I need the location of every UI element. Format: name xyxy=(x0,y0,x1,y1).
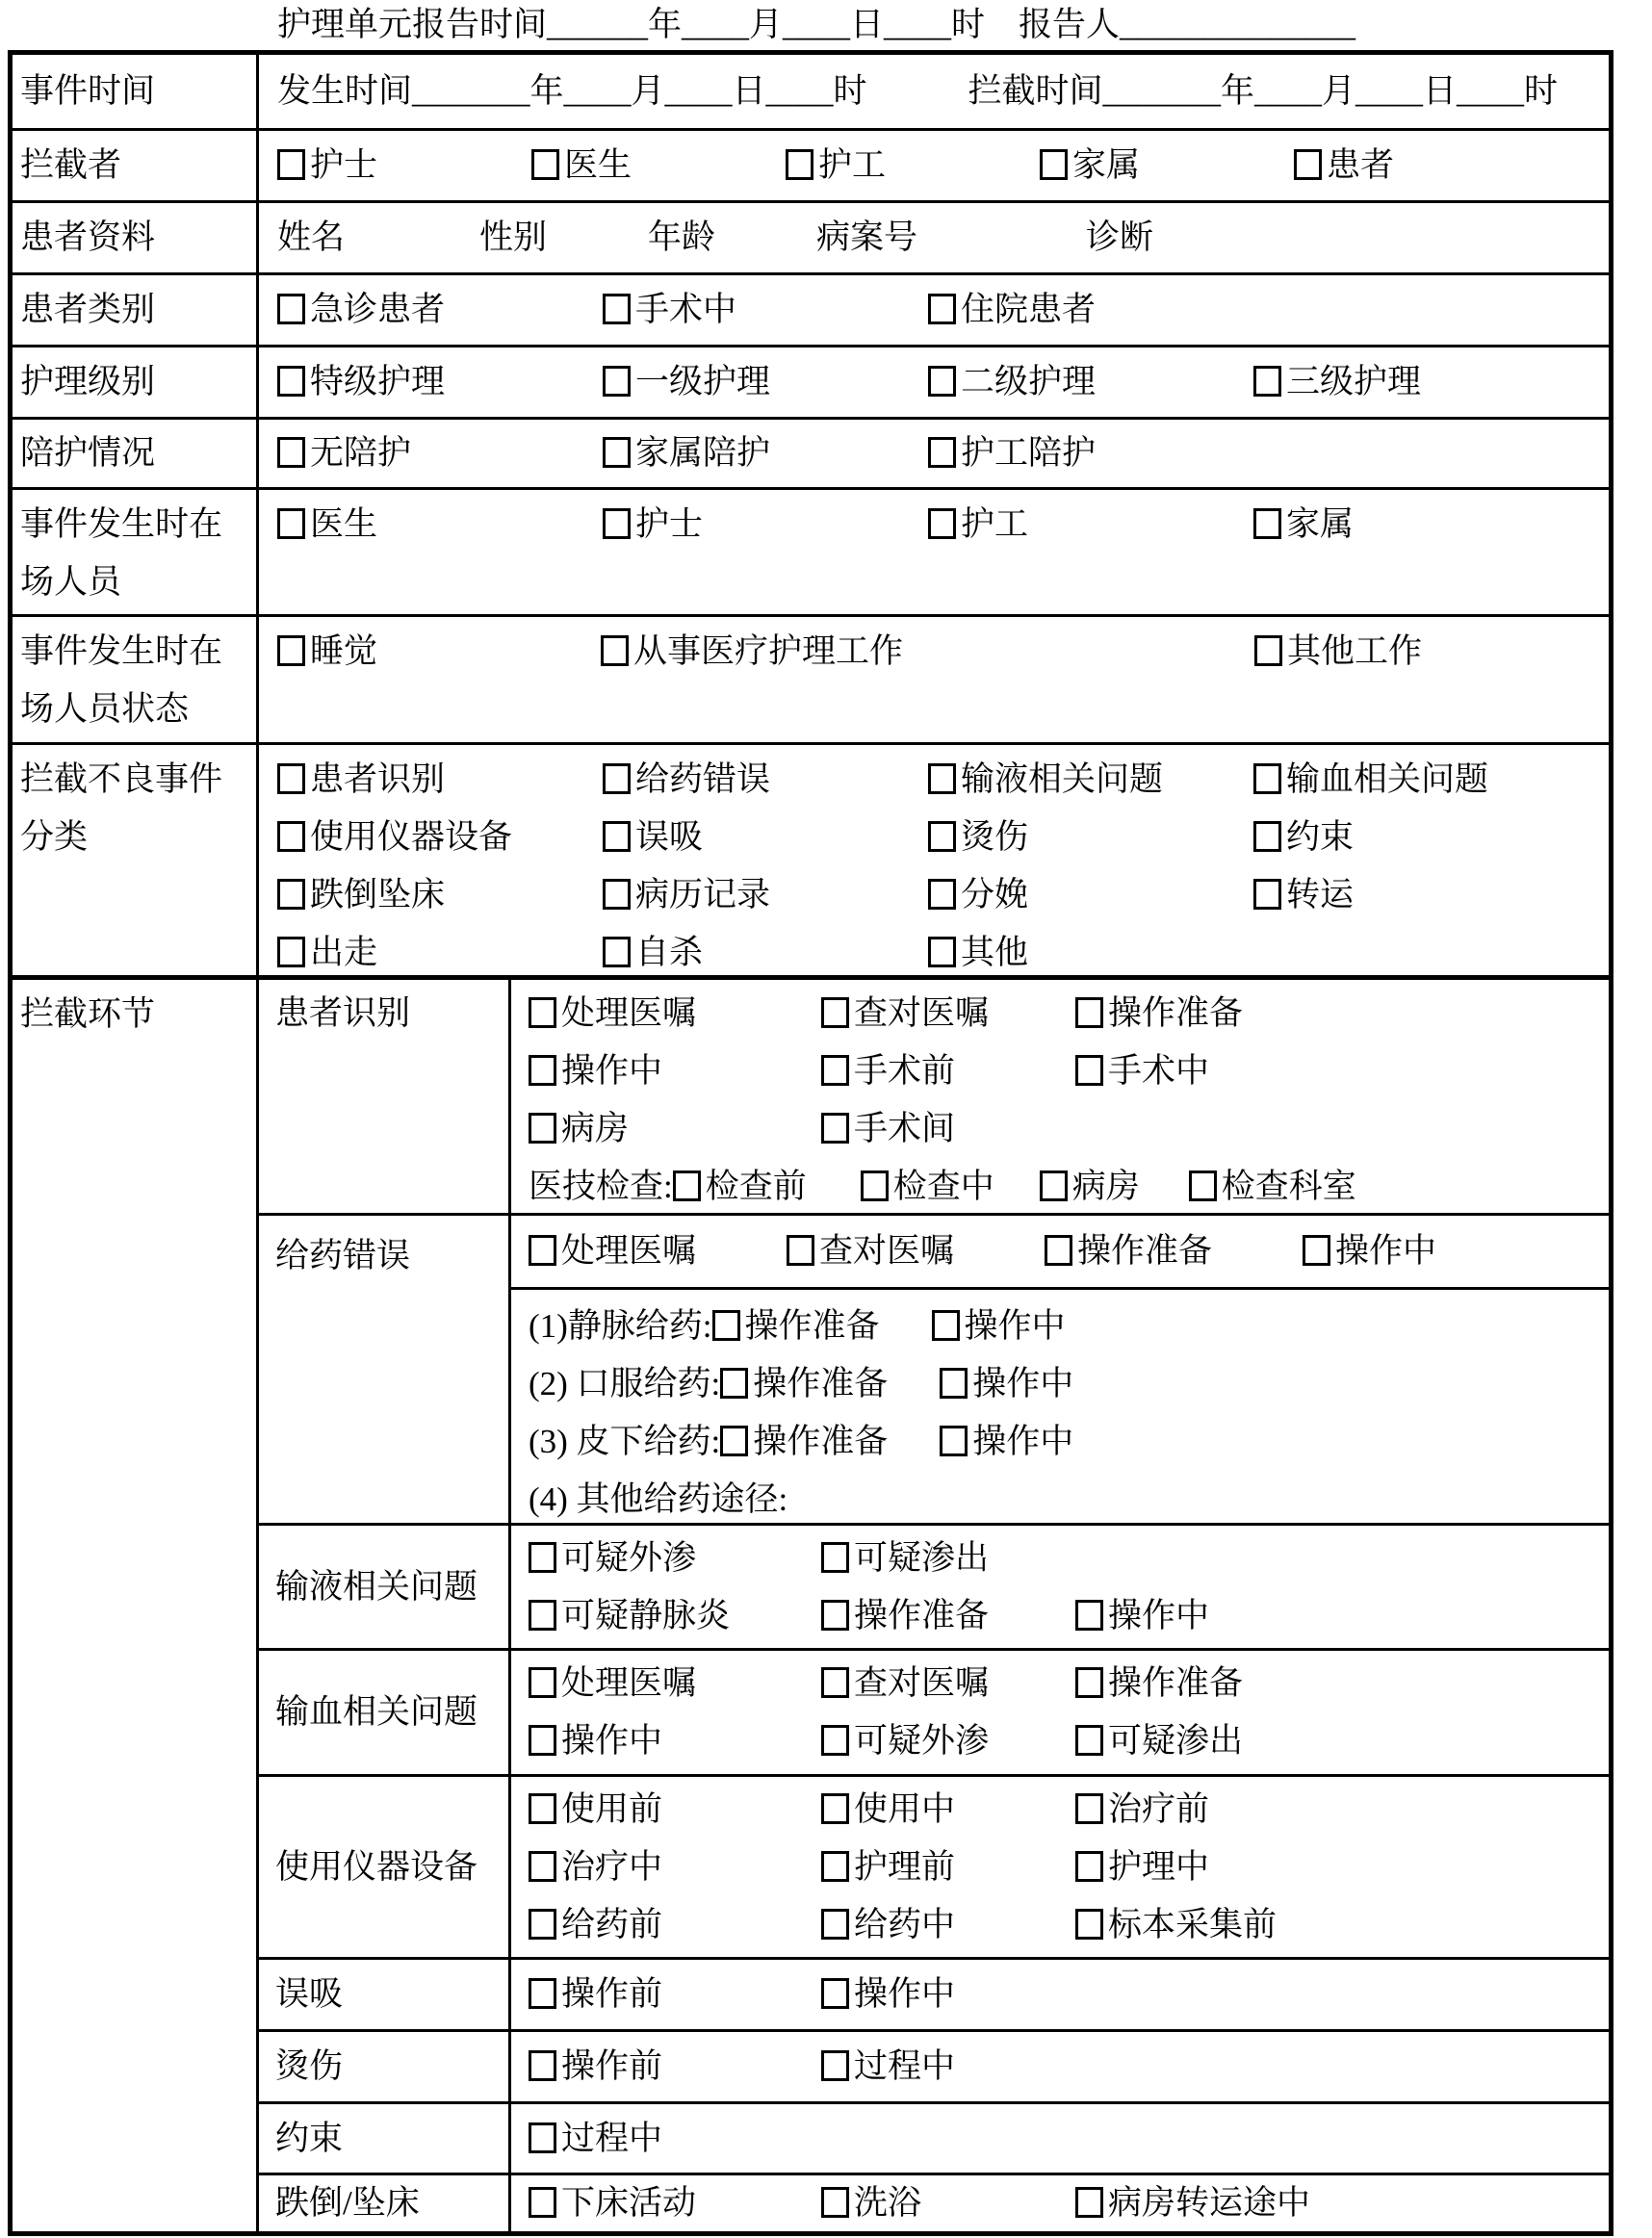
checkbox-icon[interactable] xyxy=(277,879,305,910)
stage-label-scald: 烫伤 xyxy=(259,2032,511,2101)
interceptor-options: 护士医生护工家属患者 xyxy=(277,137,1609,194)
checkbox-label: 操作准备 xyxy=(1077,1232,1212,1270)
checkbox-option[interactable]: 过程中 xyxy=(821,2038,955,2096)
checkbox-icon[interactable] xyxy=(821,1055,849,1086)
checkbox-label: 给药中 xyxy=(854,1906,955,1943)
checkbox-option[interactable]: 可疑渗出 xyxy=(821,1530,989,1587)
checkbox-icon[interactable] xyxy=(1075,1851,1103,1882)
checkbox-icon[interactable] xyxy=(529,1978,556,2009)
checkbox-label: 其他工作 xyxy=(1287,632,1422,670)
patient-type-options: 急诊患者手术中住院患者 xyxy=(277,281,1609,339)
checkbox-icon[interactable] xyxy=(529,2187,556,2218)
infusion-line-2: 可疑静脉炎操作准备操作中 xyxy=(529,1587,1609,1645)
present-people-options: 医生护士护工家属 xyxy=(277,496,1609,553)
form-title: 护理单元报告时间______年____月____日____时 报告人______… xyxy=(277,2,1355,48)
checkbox-label: 急诊患者 xyxy=(310,291,445,328)
checkbox-label: 操作中 xyxy=(1108,1597,1209,1634)
checkbox-icon[interactable] xyxy=(1075,1055,1103,1086)
checkbox-option[interactable]: 操作准备 xyxy=(1075,1655,1243,1712)
checkbox-option[interactable]: 查对医嘱 xyxy=(787,1222,1045,1280)
checkbox-icon[interactable] xyxy=(1075,2187,1103,2218)
row-content-event-category: 患者识别给药错误输液相关问题输血相关问题 使用仪器设备误吸烫伤约束 跌倒坠床病历… xyxy=(259,745,1609,975)
checkbox-icon[interactable] xyxy=(1253,879,1281,910)
checkbox-option[interactable]: 病房 xyxy=(1040,1158,1189,1216)
row-label-people-status: 事件发生时在场人员状态 xyxy=(13,617,259,742)
event-category-line-2: 使用仪器设备误吸烫伤约束 xyxy=(277,809,1609,866)
checkbox-option[interactable]: 可疑外渗 xyxy=(821,1712,1075,1770)
checkbox-icon[interactable] xyxy=(1294,149,1322,180)
checkbox-label: 病房 xyxy=(561,1110,629,1147)
checkbox-label: 无陪护 xyxy=(310,434,411,472)
checkbox-option[interactable]: 给药中 xyxy=(821,1896,1075,1954)
checkbox-option[interactable]: 处理医嘱 xyxy=(529,1222,787,1280)
checkbox-option[interactable]: 操作中 xyxy=(1075,1587,1209,1645)
checkbox-icon[interactable] xyxy=(1045,1235,1072,1266)
checkbox-option[interactable]: 治疗前 xyxy=(1075,1781,1209,1839)
checkbox-icon[interactable] xyxy=(712,1310,740,1341)
checkbox-label: 操作准备 xyxy=(745,1307,880,1345)
checkbox-label: 自杀 xyxy=(635,934,703,971)
equipment-line-2: 治疗中护理前护理中 xyxy=(529,1839,1609,1896)
checkbox-label: 一级护理 xyxy=(635,363,770,400)
checkbox-icon[interactable] xyxy=(603,879,631,910)
checkbox-option[interactable]: 从事医疗护理工作 xyxy=(601,623,1254,681)
checkbox-label: 从事医疗护理工作 xyxy=(633,632,903,670)
checkbox-label: 医生 xyxy=(564,146,632,184)
checkbox-label: 操作准备 xyxy=(854,1597,989,1634)
checkbox-icon[interactable] xyxy=(821,1793,849,1824)
checkbox-label: 查对医嘱 xyxy=(854,1664,989,1702)
checkbox-icon[interactable] xyxy=(928,366,956,397)
checkbox-icon[interactable] xyxy=(277,149,305,180)
checkbox-option[interactable]: 自杀 xyxy=(603,924,928,982)
stage-equipment: 使用仪器设备 使用前使用中治疗前 治疗中护理前护理中 给药前给药中标本采集前 xyxy=(259,1774,1609,1957)
checkbox-label: 护理前 xyxy=(854,1848,955,1886)
checkbox-label: 操作中 xyxy=(1335,1232,1436,1270)
checkbox-option[interactable]: 无陪护 xyxy=(277,424,603,482)
checkbox-icon[interactable] xyxy=(821,1667,849,1698)
checkbox-icon[interactable] xyxy=(720,1368,748,1399)
checkbox-icon[interactable] xyxy=(277,763,305,794)
checkbox-icon[interactable] xyxy=(928,508,956,539)
medication-route-2: (2) 口服给药:操作准备操作中 xyxy=(529,1355,1609,1413)
checkbox-option[interactable]: 操作准备 xyxy=(1075,985,1243,1042)
checkbox-icon[interactable] xyxy=(786,149,813,180)
checkbox-icon[interactable] xyxy=(529,1851,556,1882)
checkbox-icon[interactable] xyxy=(601,635,629,666)
checkbox-icon[interactable] xyxy=(529,1667,556,1698)
checkbox-icon[interactable] xyxy=(928,763,956,794)
checkbox-option[interactable]: 可疑外渗 xyxy=(529,1530,821,1587)
checkbox-icon[interactable] xyxy=(821,2187,849,2218)
checkbox-label: 其他 xyxy=(961,934,1028,971)
checkbox-icon[interactable] xyxy=(277,821,305,852)
checkbox-label: 跌倒坠床 xyxy=(310,876,445,913)
medication-error-content: 处理医嘱查对医嘱操作准备操作中 (1)静脉给药:操作准备操作中 (2) 口服给药… xyxy=(511,1216,1609,1523)
checkbox-option[interactable]: 患者识别 xyxy=(277,751,603,809)
checkbox-option[interactable]: 其他 xyxy=(928,924,1028,982)
checkbox-option[interactable]: 家属陪护 xyxy=(603,424,928,482)
checkbox-label: 二级护理 xyxy=(961,363,1096,400)
checkbox-option[interactable]: 护工 xyxy=(928,496,1253,553)
stage-label-medication-error: 给药错误 xyxy=(259,1216,511,1523)
route-1-options: 操作准备操作中 xyxy=(712,1307,1066,1345)
checkbox-option[interactable]: 洗浴 xyxy=(821,2174,1075,2232)
checkbox-icon[interactable] xyxy=(861,1170,889,1201)
checkbox-label: 使用仪器设备 xyxy=(310,818,512,856)
medication-error-main-line: 处理医嘱查对医嘱操作准备操作中 xyxy=(511,1216,1609,1290)
checkbox-option[interactable]: 患者 xyxy=(1294,137,1394,194)
checkbox-label: 操作准备 xyxy=(753,1423,888,1460)
checkbox-option[interactable]: 可疑渗出 xyxy=(1075,1712,1243,1770)
checkbox-option[interactable]: 输液相关问题 xyxy=(928,751,1253,809)
checkbox-label: 手术间 xyxy=(854,1110,955,1147)
stage-patient-id: 患者识别 处理医嘱查对医嘱操作准备 操作中手术前手术中 病房手术间 医技检查:检… xyxy=(259,980,1609,1213)
checkbox-icon[interactable] xyxy=(928,294,956,324)
checkbox-option[interactable]: 病房转运途中 xyxy=(1075,2174,1310,2232)
route-4-prefix[interactable]: (4) 其他给药途径: xyxy=(529,1480,787,1518)
checkbox-option[interactable]: 病历记录 xyxy=(603,866,928,924)
checkbox-option[interactable]: 跌倒坠床 xyxy=(277,866,603,924)
checkbox-option[interactable]: 过程中 xyxy=(529,2110,662,2168)
checkbox-icon[interactable] xyxy=(821,1113,849,1144)
checkbox-label: 特级护理 xyxy=(310,363,445,400)
stage-content-infusion: 可疑外渗可疑渗出 可疑静脉炎操作准备操作中 xyxy=(511,1526,1609,1648)
checkbox-icon[interactable] xyxy=(531,149,559,180)
checkbox-label: 给药错误 xyxy=(635,760,770,798)
checkbox-icon[interactable] xyxy=(1253,763,1281,794)
stage-transfusion: 输血相关问题 处理医嘱查对医嘱操作准备 操作中可疑外渗可疑渗出 xyxy=(259,1648,1609,1774)
checkbox-label: 使用前 xyxy=(561,1790,662,1828)
checkbox-label: 输液相关问题 xyxy=(961,760,1163,798)
checkbox-label: 三级护理 xyxy=(1286,363,1421,400)
checkbox-icon[interactable] xyxy=(1075,1600,1103,1631)
checkbox-label: 检查科室 xyxy=(1222,1168,1356,1205)
checkbox-icon[interactable] xyxy=(603,366,631,397)
checkbox-option[interactable]: 标本采集前 xyxy=(1075,1896,1277,1954)
checkbox-icon[interactable] xyxy=(821,997,849,1028)
transfusion-line-1: 处理医嘱查对医嘱操作准备 xyxy=(529,1655,1609,1712)
checkbox-option[interactable]: 使用前 xyxy=(529,1781,821,1839)
checkbox-label: 可疑外渗 xyxy=(854,1722,989,1760)
checkbox-icon[interactable] xyxy=(603,763,631,794)
checkbox-icon[interactable] xyxy=(1075,1725,1103,1756)
medication-route-3: (3) 皮下给药:操作准备操作中 xyxy=(529,1413,1609,1471)
checkbox-label: 可疑外渗 xyxy=(561,1539,696,1577)
checkbox-icon[interactable] xyxy=(1075,1667,1103,1698)
checkbox-option[interactable]: 睡觉 xyxy=(277,623,601,681)
patient-info-fields[interactable]: 姓名 性别 年龄 病案号 诊断 xyxy=(277,209,1609,267)
scald-options: 操作前过程中 xyxy=(529,2038,1609,2096)
patient-id-line-3: 病房手术间 xyxy=(529,1100,1609,1158)
checkbox-option[interactable]: 特级护理 xyxy=(277,353,603,411)
checkbox-icon[interactable] xyxy=(932,1310,960,1341)
checkbox-icon[interactable] xyxy=(1075,1909,1103,1940)
medtech-check-options: 检查前检查中病房检查科室 xyxy=(673,1168,1356,1205)
checkbox-label: 处理医嘱 xyxy=(561,1664,696,1702)
stage-label-infusion: 输液相关问题 xyxy=(259,1526,511,1648)
stage-restraint: 约束 过程中 xyxy=(259,2101,1609,2173)
checkbox-option[interactable]: 检查前 xyxy=(673,1158,861,1216)
stage-content-patient-id: 处理医嘱查对医嘱操作准备 操作中手术前手术中 病房手术间 医技检查:检查前检查中… xyxy=(511,980,1609,1213)
row-event-category: 拦截不良事件分类 患者识别给药错误输液相关问题输血相关问题 使用仪器设备误吸烫伤… xyxy=(13,742,1609,975)
stage-label-transfusion: 输血相关问题 xyxy=(259,1651,511,1774)
row-present-people: 事件发生时在场人员 医生护士护工家属 xyxy=(13,487,1609,614)
checkbox-option[interactable]: 医生 xyxy=(277,496,603,553)
checkbox-icon[interactable] xyxy=(928,821,956,852)
route-3-options: 操作准备操作中 xyxy=(720,1423,1073,1460)
checkbox-icon[interactable] xyxy=(1040,1170,1068,1201)
checkbox-icon[interactable] xyxy=(277,294,305,324)
checkbox-option[interactable]: 使用仪器设备 xyxy=(277,809,603,866)
checkbox-option[interactable]: 护理中 xyxy=(1075,1839,1209,1896)
checkbox-icon[interactable] xyxy=(529,1725,556,1756)
checkbox-icon[interactable] xyxy=(1189,1170,1217,1201)
checkbox-icon[interactable] xyxy=(529,1113,556,1144)
checkbox-label: 病房转运途中 xyxy=(1108,2184,1310,2222)
row-content-patient-info: 姓名 性别 年龄 病案号 诊断 xyxy=(259,203,1609,272)
checkbox-option[interactable]: 使用中 xyxy=(821,1781,1075,1839)
checkbox-option[interactable]: 手术间 xyxy=(821,1100,955,1158)
checkbox-option[interactable]: 操作准备 xyxy=(712,1298,932,1355)
checkbox-option[interactable]: 操作中 xyxy=(1303,1222,1436,1280)
medication-error-options: 处理医嘱查对医嘱操作准备操作中 xyxy=(529,1222,1609,1280)
checkbox-option[interactable]: 操作中 xyxy=(529,1042,821,1100)
checkbox-label: 查对医嘱 xyxy=(819,1232,954,1270)
checkbox-icon[interactable] xyxy=(1253,366,1281,397)
stage-label-equipment: 使用仪器设备 xyxy=(259,1777,511,1957)
checkbox-label: 洗浴 xyxy=(854,2184,921,2222)
checkbox-option[interactable]: 操作中 xyxy=(932,1298,1066,1355)
checkbox-icon[interactable] xyxy=(1253,508,1281,539)
checkbox-option[interactable]: 操作中 xyxy=(529,1712,821,1770)
checkbox-option[interactable]: 处理医嘱 xyxy=(529,1655,821,1712)
row-label-patient-type: 患者类别 xyxy=(13,275,259,345)
checkbox-icon[interactable] xyxy=(821,1909,849,1940)
checkbox-icon[interactable] xyxy=(940,1368,968,1399)
checkbox-option[interactable]: 烫伤 xyxy=(928,809,1253,866)
checkbox-option[interactable]: 病房 xyxy=(529,1100,821,1158)
checkbox-icon[interactable] xyxy=(529,2050,556,2081)
checkbox-option[interactable]: 一级护理 xyxy=(603,353,928,411)
checkbox-icon[interactable] xyxy=(821,1542,849,1573)
checkbox-icon[interactable] xyxy=(529,1235,556,1266)
event-category-line-3: 跌倒坠床病历记录分娩转运 xyxy=(277,866,1609,924)
checkbox-option[interactable]: 护士 xyxy=(277,137,531,194)
checkbox-option[interactable]: 操作前 xyxy=(529,2038,821,2096)
checkbox-label: 操作准备 xyxy=(1108,994,1243,1032)
checkbox-icon[interactable] xyxy=(529,1600,556,1631)
checkbox-icon[interactable] xyxy=(529,997,556,1028)
stage-label-fall: 跌倒/坠床 xyxy=(259,2175,511,2231)
checkbox-option[interactable]: 医生 xyxy=(531,137,786,194)
route-3-prefix: (3) 皮下给药: xyxy=(529,1423,720,1460)
checkbox-icon[interactable] xyxy=(1075,997,1103,1028)
checkbox-label: 给药前 xyxy=(561,1906,662,1943)
checkbox-label: 分娩 xyxy=(961,876,1028,913)
stage-infusion: 输液相关问题 可疑外渗可疑渗出 可疑静脉炎操作准备操作中 xyxy=(259,1523,1609,1648)
checkbox-icon[interactable] xyxy=(1254,635,1282,666)
checkbox-option[interactable]: 操作中 xyxy=(940,1355,1073,1413)
checkbox-option[interactable]: 操作准备 xyxy=(720,1355,940,1413)
stage-content-restraint: 过程中 xyxy=(511,2104,1609,2173)
stage-label-patient-id: 患者识别 xyxy=(259,980,511,1213)
checkbox-option[interactable]: 查对医嘱 xyxy=(821,985,1075,1042)
checkbox-label: 可疑渗出 xyxy=(854,1539,989,1577)
checkbox-label: 家属 xyxy=(1072,146,1140,184)
checkbox-icon[interactable] xyxy=(603,508,631,539)
checkbox-label: 检查中 xyxy=(893,1168,994,1205)
stage-medication-error: 给药错误 处理医嘱查对医嘱操作准备操作中 (1)静脉给药:操作准备操作中 (2)… xyxy=(259,1213,1609,1523)
stage-scald: 烫伤 操作前过程中 xyxy=(259,2029,1609,2101)
checkbox-option[interactable]: 误吸 xyxy=(603,809,928,866)
checkbox-option[interactable]: 下床活动 xyxy=(529,2174,821,2232)
checkbox-option[interactable]: 分娩 xyxy=(928,866,1253,924)
checkbox-icon[interactable] xyxy=(529,1055,556,1086)
stage-content-fall: 下床活动洗浴病房转运途中 xyxy=(511,2175,1609,2231)
fall-options: 下床活动洗浴病房转运途中 xyxy=(529,2174,1609,2232)
checkbox-option[interactable]: 护理前 xyxy=(821,1839,1075,1896)
checkbox-icon[interactable] xyxy=(821,1725,849,1756)
row-label-intercept-stage: 拦截环节 xyxy=(13,980,259,2231)
checkbox-icon[interactable] xyxy=(529,1542,556,1573)
checkbox-option[interactable]: 可疑静脉炎 xyxy=(529,1587,821,1645)
checkbox-icon[interactable] xyxy=(277,508,305,539)
route-2-options: 操作准备操作中 xyxy=(720,1365,1073,1402)
checkbox-icon[interactable] xyxy=(821,1851,849,1882)
checkbox-icon[interactable] xyxy=(603,821,631,852)
checkbox-icon[interactable] xyxy=(940,1426,968,1456)
checkbox-option[interactable]: 操作准备 xyxy=(821,1587,1075,1645)
checkbox-option[interactable]: 手术中 xyxy=(1075,1042,1209,1100)
checkbox-option[interactable]: 二级护理 xyxy=(928,353,1253,411)
checkbox-label: 操作中 xyxy=(561,1052,662,1090)
checkbox-icon[interactable] xyxy=(821,1600,849,1631)
checkbox-label: 过程中 xyxy=(561,2120,662,2157)
checkbox-icon[interactable] xyxy=(928,437,956,468)
checkbox-icon[interactable] xyxy=(529,1793,556,1824)
row-patient-info: 患者资料 姓名 性别 年龄 病案号 诊断 xyxy=(13,200,1609,272)
checkbox-option[interactable]: 检查中 xyxy=(861,1158,1040,1216)
checkbox-icon[interactable] xyxy=(1253,821,1281,852)
checkbox-label: 操作中 xyxy=(972,1365,1073,1402)
checkbox-option[interactable]: 处理医嘱 xyxy=(529,985,821,1042)
checkbox-option[interactable]: 家属 xyxy=(1253,496,1354,553)
checkbox-icon[interactable] xyxy=(673,1170,701,1201)
row-label-accompany: 陪护情况 xyxy=(13,420,259,487)
stage-label-restraint: 约束 xyxy=(259,2104,511,2173)
checkbox-option[interactable]: 护工陪护 xyxy=(928,424,1096,482)
checkbox-option[interactable]: 出走 xyxy=(277,924,603,982)
checkbox-option[interactable]: 手术前 xyxy=(821,1042,1075,1100)
checkbox-option[interactable]: 给药前 xyxy=(529,1896,821,1954)
checkbox-option[interactable]: 给药错误 xyxy=(603,751,928,809)
checkbox-icon[interactable] xyxy=(529,2122,556,2153)
checkbox-option[interactable]: 操作准备 xyxy=(1045,1222,1303,1280)
checkbox-icon[interactable] xyxy=(928,879,956,910)
checkbox-icon[interactable] xyxy=(821,2050,849,2081)
row-label-patient-info: 患者资料 xyxy=(13,203,259,272)
checkbox-icon[interactable] xyxy=(1075,1793,1103,1824)
checkbox-label: 手术中 xyxy=(1108,1052,1209,1090)
checkbox-icon[interactable] xyxy=(720,1426,748,1456)
medication-route-4: (4) 其他给药途径: xyxy=(529,1471,1609,1529)
nursing-level-options: 特级护理一级护理二级护理三级护理 xyxy=(277,353,1609,411)
checkbox-option[interactable]: 转运 xyxy=(1253,866,1354,924)
event-category-line-4: 出走自杀其他 xyxy=(277,924,1609,982)
checkbox-label: 住院患者 xyxy=(961,291,1096,328)
checkbox-option[interactable]: 约束 xyxy=(1253,809,1354,866)
checkbox-option[interactable]: 操作准备 xyxy=(720,1413,940,1471)
checkbox-icon[interactable] xyxy=(277,635,305,666)
intercept-stage-body: 患者识别 处理医嘱查对医嘱操作准备 操作中手术前手术中 病房手术间 医技检查:检… xyxy=(259,980,1609,2231)
event-time-blanks[interactable]: 发生时间_______年____月____日____时 拦截时间_______年… xyxy=(277,63,1609,120)
equipment-line-1: 使用前使用中治疗前 xyxy=(529,1781,1609,1839)
restraint-options: 过程中 xyxy=(529,2110,1609,2168)
checkbox-option[interactable]: 检查科室 xyxy=(1189,1158,1356,1216)
row-event-time: 事件时间 发生时间_______年____月____日____时 拦截时间___… xyxy=(13,55,1609,128)
checkbox-option[interactable]: 护工 xyxy=(786,137,1040,194)
row-patient-type: 患者类别 急诊患者手术中住院患者 xyxy=(13,272,1609,345)
checkbox-icon[interactable] xyxy=(1040,149,1068,180)
checkbox-icon[interactable] xyxy=(603,937,631,967)
patient-id-line-4: 医技检查:检查前检查中病房检查科室 xyxy=(529,1158,1609,1216)
checkbox-icon[interactable] xyxy=(277,937,305,967)
checkbox-label: 手术中 xyxy=(635,291,736,328)
checkbox-icon[interactable] xyxy=(277,437,305,468)
checkbox-icon[interactable] xyxy=(529,1909,556,1940)
checkbox-icon[interactable] xyxy=(1303,1235,1330,1266)
checkbox-icon[interactable] xyxy=(277,366,305,397)
checkbox-label: 出走 xyxy=(310,934,377,971)
checkbox-label: 治疗中 xyxy=(561,1848,662,1886)
checkbox-label: 护工 xyxy=(961,505,1028,543)
stage-aspiration: 误吸 操作前操作中 xyxy=(259,1957,1609,2029)
checkbox-label: 处理医嘱 xyxy=(561,994,696,1032)
checkbox-icon[interactable] xyxy=(821,1978,849,2009)
checkbox-label: 患者 xyxy=(1327,146,1394,184)
aspiration-options: 操作前操作中 xyxy=(529,1966,1609,2023)
checkbox-option[interactable]: 治疗中 xyxy=(529,1839,821,1896)
stage-content-aspiration: 操作前操作中 xyxy=(511,1960,1609,2029)
checkbox-label: 操作前 xyxy=(561,1975,662,2013)
checkbox-option[interactable]: 操作中 xyxy=(821,1966,955,2023)
checkbox-option[interactable]: 家属 xyxy=(1040,137,1294,194)
checkbox-option[interactable]: 操作中 xyxy=(940,1413,1073,1471)
checkbox-label: 家属 xyxy=(1286,505,1354,543)
row-accompany: 陪护情况 无陪护家属陪护护工陪护 xyxy=(13,417,1609,487)
checkbox-icon[interactable] xyxy=(603,294,631,324)
checkbox-option[interactable]: 住院患者 xyxy=(928,281,1096,339)
checkbox-option[interactable]: 三级护理 xyxy=(1253,353,1421,411)
checkbox-option[interactable]: 手术中 xyxy=(603,281,928,339)
checkbox-icon[interactable] xyxy=(603,437,631,468)
checkbox-option[interactable]: 其他工作 xyxy=(1254,623,1422,681)
checkbox-option[interactable]: 护士 xyxy=(603,496,928,553)
checkbox-label: 护士 xyxy=(635,505,703,543)
checkbox-option[interactable]: 输血相关问题 xyxy=(1253,751,1488,809)
checkbox-option[interactable]: 急诊患者 xyxy=(277,281,603,339)
row-label-interceptor: 拦截者 xyxy=(13,131,259,200)
checkbox-label: 病历记录 xyxy=(635,876,770,913)
checkbox-label: 护理中 xyxy=(1108,1848,1209,1886)
row-nursing-level: 护理级别 特级护理一级护理二级护理三级护理 xyxy=(13,345,1609,417)
row-interceptor: 拦截者 护士医生护工家属患者 xyxy=(13,128,1609,200)
checkbox-option[interactable]: 操作前 xyxy=(529,1966,821,2023)
checkbox-icon[interactable] xyxy=(928,937,956,967)
checkbox-icon[interactable] xyxy=(787,1235,814,1266)
checkbox-option[interactable]: 查对医嘱 xyxy=(821,1655,1075,1712)
